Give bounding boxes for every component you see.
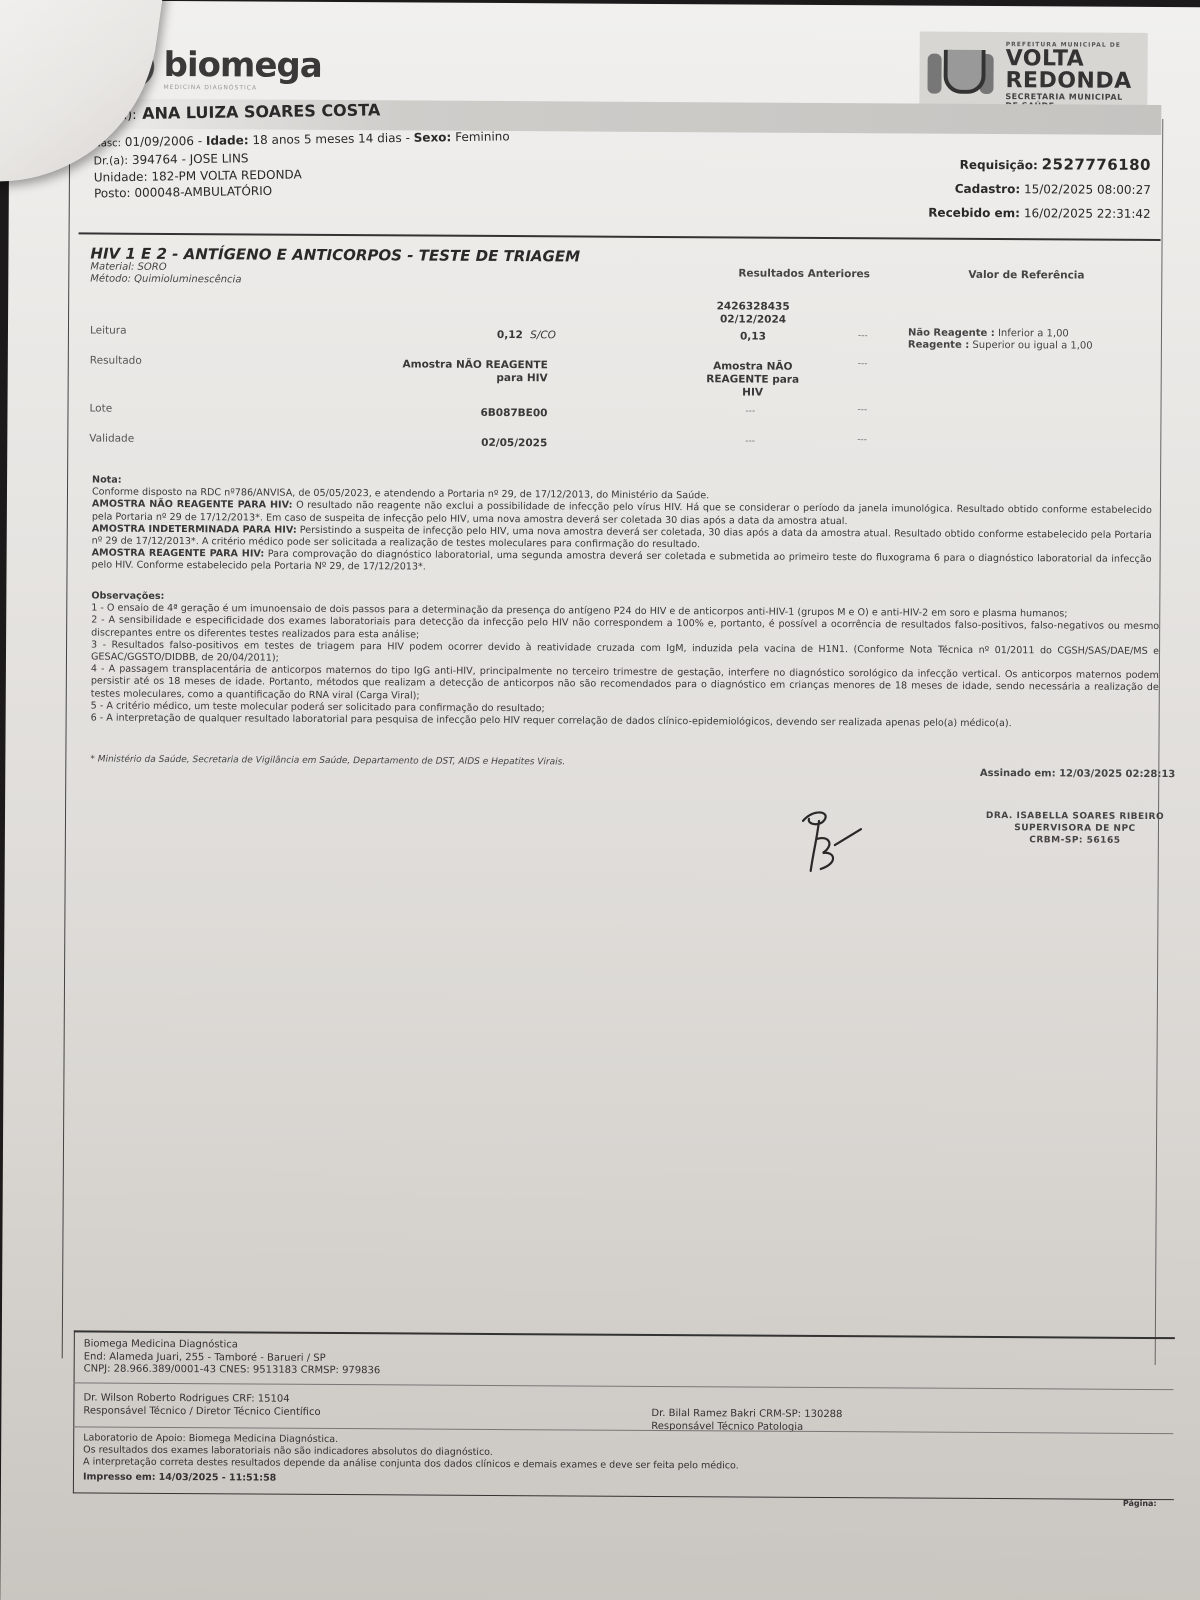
signer-name: DRA. ISABELLA SOARES RIBEIRO [965,810,1185,823]
logo-text: biomega [164,48,322,83]
printed-at: 14/03/2025 - 11:51:58 [159,1472,277,1484]
footer-disclaimer: Laboratorio de Apoio: Biomega Medicina D… [83,1432,739,1487]
footer-rt1: Dr. Wilson Roberto Rodrigues CRF: 15104 … [83,1392,320,1418]
label-leitura: Leitura [90,324,127,336]
previous-header: 2426328435 02/12/2024 [708,300,798,327]
page-frame [62,112,1164,1365]
exam-meta: Material: SORO Método: Quimioluminescênc… [90,261,241,286]
notes-section: Nota: Conforme disposto na RDC nº786/ANV… [92,475,1153,579]
value-lote: 6B087BE00 [447,407,547,421]
city-name-1: VOLTA [1006,48,1132,71]
col-reference: Valor de Referência [968,269,1084,282]
report-page: biomega MEDICINA DIAGNÓSTICA PREFEITURA … [0,0,1200,1600]
sex: Feminino [455,129,510,144]
birth-date: 01/09/2006 [125,134,194,149]
patient-info: Nasc: 01/09/2006 - Idade: 18 anos 5 mese… [93,128,510,201]
exam-material: Material: SORO [90,261,241,274]
secretariat-1: SECRETARIA MUNICIPAL [1005,92,1131,102]
age: 18 anos 5 meses 14 dias [252,131,402,147]
received-at: 16/02/2025 22:31:42 [1024,206,1151,221]
value-validade: 02/05/2025 [447,437,547,451]
request-number: 2527776180 [1042,155,1151,174]
handwritten-signature-icon [795,805,865,875]
unit: 182-PM VOLTA REDONDA [151,167,302,183]
page-label: Página: [1123,1499,1157,1508]
exam-method: Método: Quimioluminescência [90,273,241,286]
prev-resultado: Amostra NÃO REAGENTE para HIV [698,360,808,400]
observation-item: 4 - A passagem transplacentária de antic… [91,664,1159,707]
post: 000048-AMBULATÓRIO [134,184,272,200]
value-leitura: 0,12 S/CO [448,329,556,343]
value-resultado: Amostra NÃO REAGENTE para HIV [368,358,548,385]
registered-at: 15/02/2025 08:00:27 [1024,182,1151,197]
label-resultado: Resultado [90,354,142,366]
reference-values: Não Reagente : Inferior a 1,00 Reagente … [908,327,1093,352]
label-validade: Validade [89,432,134,444]
request-info: Requisição: 2527776180 Cadastro: 15/02/2… [928,152,1151,226]
prev-leitura: 0,13 [708,330,798,344]
city-crest-icon [925,40,995,110]
observations-section: Observações: 1 - O ensaio de 4ª geração … [91,591,1160,732]
col-previous-results: Resultados Anteriores [738,267,870,280]
label-lote: Lote [89,402,112,414]
city-name-2: REDONDA [1005,70,1131,93]
signer-block: DRA. ISABELLA SOARES RIBEIRO SUPERVISORA… [965,810,1185,847]
signer-crm: CRBM-SP: 56165 [965,834,1185,847]
doctor: 394764 - JOSE LINS [132,151,249,167]
signed-at: Assinado em: 12/03/2025 02:28:13 [980,768,1175,780]
footer-company: Biomega Medicina Diagnóstica End: Alamed… [84,1338,381,1377]
